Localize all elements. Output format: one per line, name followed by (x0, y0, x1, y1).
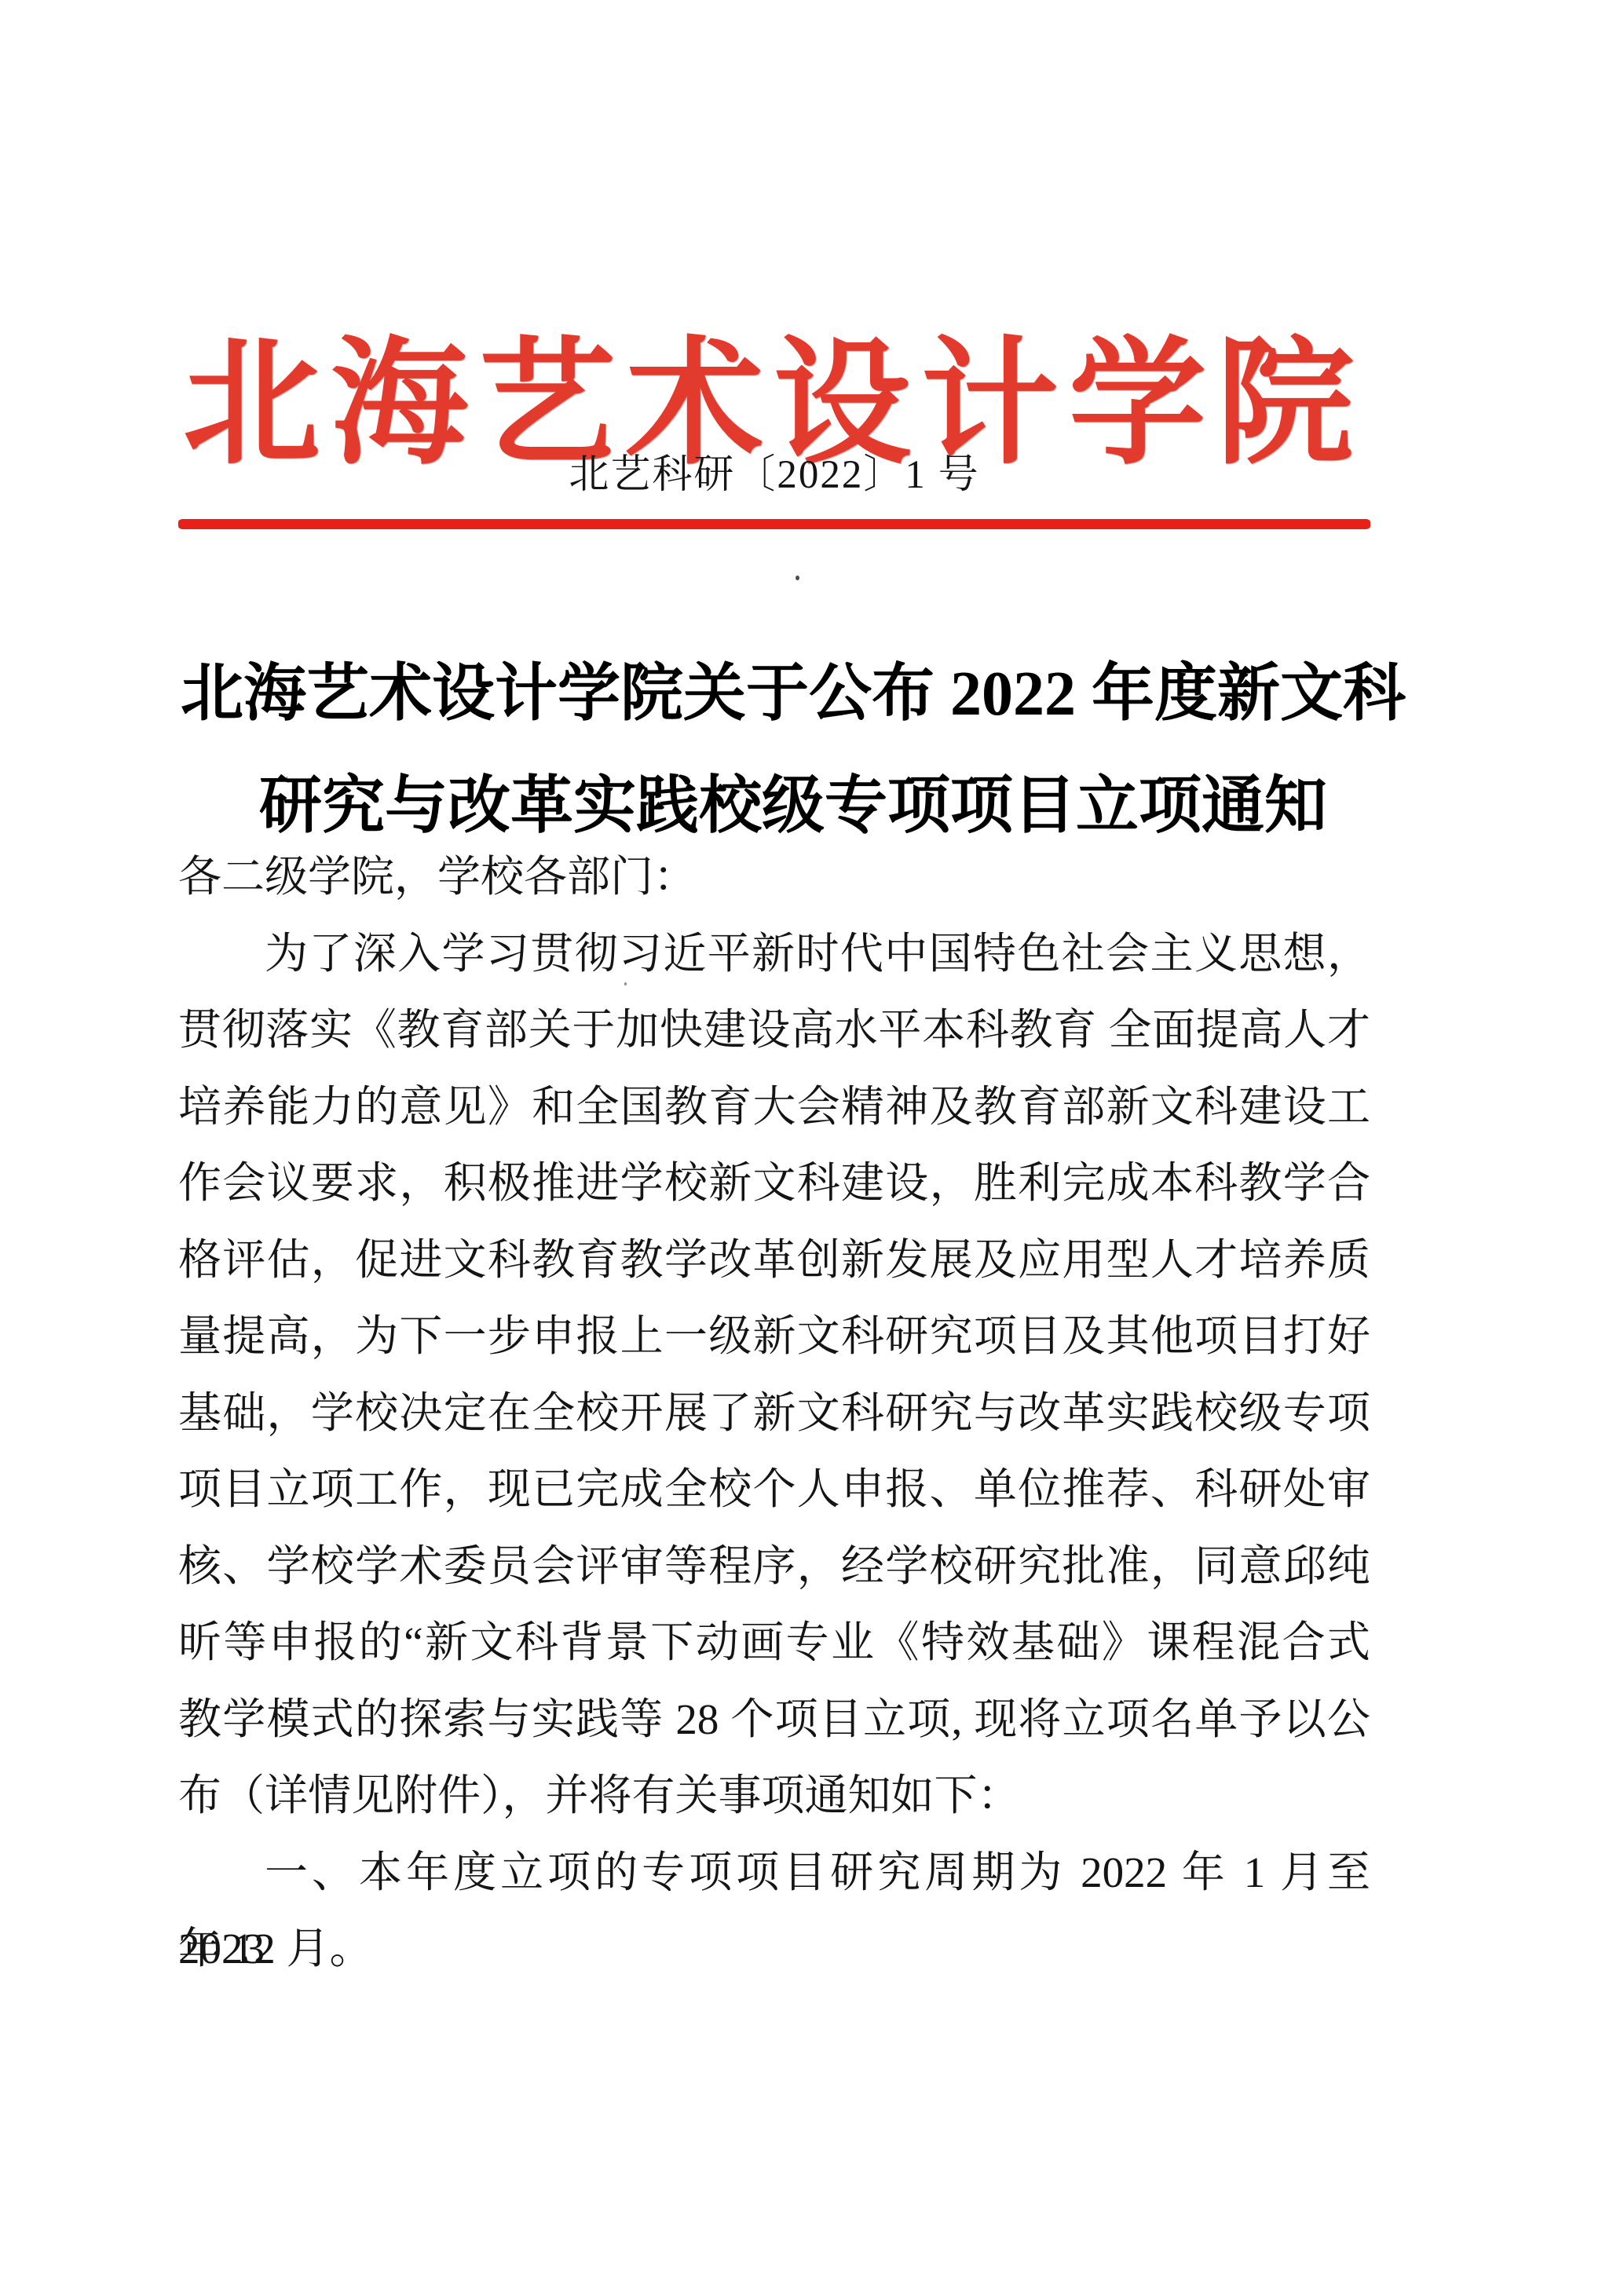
doc-number: 北艺科研〔2022〕1 号 (178, 449, 1370, 501)
document-body: 各二级学院，学校各部门：为了深入学习贯彻习近平新时代中国特色社会主义思想，贯彻落… (178, 839, 1370, 1987)
body-line: 教学模式的探索与实践等 28 个项目立项, 现将立项名单予以公 (178, 1681, 1370, 1758)
body-line: 布（详情见附件），并将有关事项通知如下： (178, 1757, 1370, 1834)
body-line: 核、学校学术委员会评审等程序，经学校研究批准，同意邱纯 (178, 1528, 1370, 1605)
document-page: 北海艺术设计学院 北艺科研〔2022〕1 号 北海艺术设计学院关于公布 2022… (0, 0, 1624, 2296)
body-line: 年 12 月。 (178, 1910, 1370, 1987)
body-line: 各二级学院，学校各部门： (178, 839, 1370, 916)
body-line: 一、本年度立项的专项项目研究周期为 2022 年 1 月至 2023 (178, 1834, 1370, 1911)
body-line: 为了深入学习贯彻习近平新时代中国特色社会主义思想， (178, 916, 1370, 993)
body-line: 格评估，促进文科教育教学改革创新发展及应用型人才培养质 (178, 1222, 1370, 1299)
body-line: 作会议要求，积极推进学校新文科建设，胜利完成本科教学合 (178, 1145, 1370, 1222)
body-line: 培养能力的意见》和全国教育大会精神及教育部新文科建设工 (178, 1069, 1370, 1146)
red-divider-line (178, 519, 1370, 529)
scan-artifact-dot (796, 576, 799, 580)
document-title-line2: 研究与改革实践校级专项项目立项通知 (259, 772, 1327, 841)
body-line: 贯彻落实《教育部关于加快建设高水平本科教育 全面提高人才 (178, 992, 1370, 1069)
body-line: 项目立项工作，现已完成全校个人申报、单位推荐、科研处审 (178, 1451, 1370, 1528)
body-line: 量提高，为下一步申报上一级新文科研究项目及其他项目打好 (178, 1298, 1370, 1375)
body-line: 基础，学校决定在全校开展了新文科研究与改革实践校级专项 (178, 1375, 1370, 1452)
document-title-line1: 北海艺术设计学院关于公布 2022 年度新文科 (181, 660, 1406, 729)
body-line: 昕等申报的“新文科背景下动画专业《特效基础》课程混合式 (178, 1604, 1370, 1681)
document-title: 北海艺术设计学院关于公布 2022 年度新文科 研究与改革实践校级专项项目立项通… (178, 638, 1408, 863)
